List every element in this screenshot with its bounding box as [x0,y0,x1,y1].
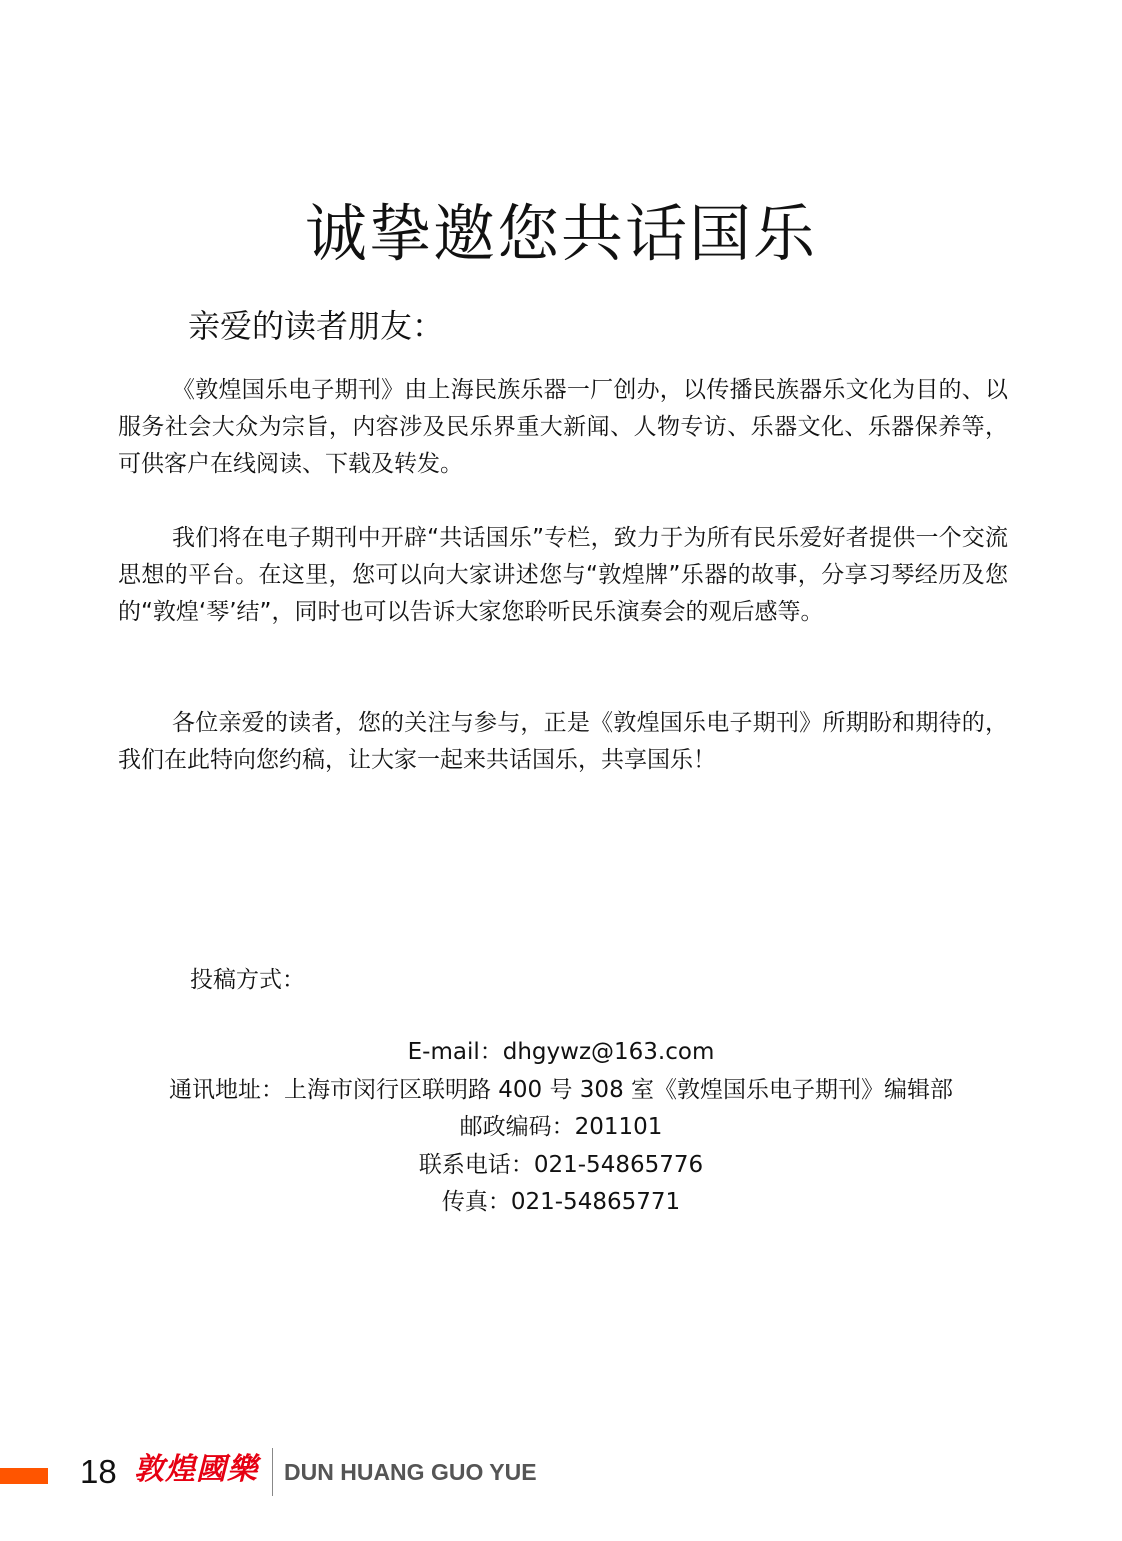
logo-english: DUN HUANG GUO YUE [284,1456,537,1488]
contact-fax: 传真：021-54865771 [0,1184,1122,1222]
page-footer: 18 敦煌國樂 DUN HUANG GUO YUE [0,1448,600,1498]
footer-divider [272,1448,273,1496]
contact-email[interactable]: E-mail：dhgywz@163.com [0,1034,1122,1072]
paragraph-column: 我们将在电子期刊中开辟“共话国乐”专栏，致力于为所有民乐爱好者提供一个交流思想的… [118,520,1008,631]
paragraph-intro: 《敦煌国乐电子期刊》由上海民族乐器一厂创办，以传播民族器乐文化为目的、以服务社会… [118,372,1008,483]
contact-address: 通讯地址：上海市闵行区联明路 400 号 308 室《敦煌国乐电子期刊》编辑部 [0,1072,1122,1110]
contact-phone: 联系电话：021-54865776 [0,1147,1122,1185]
greeting: 亲爱的读者朋友： [188,302,444,350]
paragraph-invitation: 各位亲爱的读者，您的关注与参与，正是《敦煌国乐电子期刊》所期盼和期待的，我们在此… [118,705,1008,779]
page-title: 诚挚邀您共话国乐 [0,194,1122,274]
page-number: 18 [80,1452,117,1492]
contact-label: 投稿方式： [190,962,305,999]
logo-calligraphy: 敦煌國樂 [134,1450,258,1490]
contact-block: E-mail：dhgywz@163.com 通讯地址：上海市闵行区联明路 400… [0,1034,1122,1222]
contact-postcode: 邮政编码：201101 [0,1109,1122,1147]
footer-accent-bar [0,1468,48,1484]
